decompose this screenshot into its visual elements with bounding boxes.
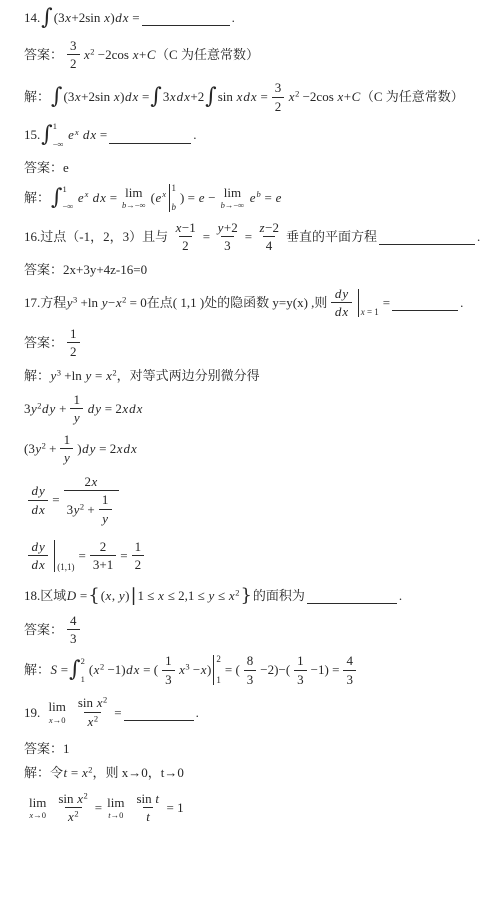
answer-blank [142, 9, 230, 26]
math-variable: C [351, 89, 361, 104]
math-run: 3xdx+2 [163, 89, 204, 105]
evaluation-bar: x = 1 [358, 289, 379, 317]
text-run: 的面积为 [253, 588, 305, 604]
math-run: x2 −2cos x+C [288, 89, 361, 105]
fraction-denominator: 3y2 +1y [64, 490, 119, 526]
fraction-denominator: 2 [67, 342, 80, 360]
fraction: 32 [67, 38, 80, 72]
derivative-at-point: dydx(1,1)=23+1=12 [24, 539, 494, 573]
fraction-denominator: dx [331, 302, 351, 320]
math-run: y+2 [217, 220, 238, 236]
math-run: t [146, 809, 151, 825]
evaluation-bar: (1,1) [54, 540, 74, 572]
fraction-numerator: 1 [99, 492, 112, 509]
math-variable: y [50, 368, 57, 383]
answer-16: 答案：2x+3y+4z-16=0 [24, 262, 494, 278]
math-variable: y [118, 588, 125, 603]
solution-15: 解：∫1−∞ex dx =limb→−∞(ex1b) = e −limb→−∞e… [24, 184, 494, 212]
math-run: 1 ≤ x ≤ 2,1 ≤ y ≤ x2 [138, 588, 240, 604]
math-run: 3y2 + [67, 502, 95, 518]
integral-icon: ∫ [51, 87, 62, 107]
math-run: = [114, 705, 121, 721]
text-run: . [193, 127, 196, 143]
fraction: 13 [162, 653, 175, 687]
math-run: eb = e [249, 190, 282, 206]
math-variable: y [49, 401, 56, 416]
solution-17: 解：y3 +ln y = x2，对等式两边分别微分得 [24, 368, 494, 384]
math-variable: x [93, 662, 100, 677]
fraction-numerator: y+2 [214, 220, 241, 237]
math-run: 1 [70, 326, 77, 342]
fraction-numerator: 2 [97, 539, 110, 556]
text-run: 答案： [24, 335, 63, 351]
fraction-numerator: z−2 [256, 220, 282, 237]
math-variable: d [82, 127, 90, 142]
fraction: y+23 [214, 220, 241, 254]
math-variable: d [31, 502, 39, 517]
math-run: x3 −x) [179, 662, 212, 678]
fraction-denominator: 3 [244, 670, 257, 688]
fraction-denominator: 2 [67, 54, 80, 72]
math-variable: x [184, 89, 191, 104]
text-run: 答案： [24, 622, 63, 638]
superscript: x [74, 127, 79, 137]
math-run: 8 [247, 653, 254, 669]
fraction-numerator: x−1 [172, 220, 199, 237]
math-run: = 1 [167, 800, 184, 816]
math-run: 1 [165, 653, 172, 669]
math-run: x2 −2cos x+C [84, 47, 157, 63]
integral-lower-limit: 1 [81, 675, 85, 684]
fraction-numerator: dy [331, 286, 351, 303]
math-variable: x [131, 441, 138, 456]
fraction: 1y [99, 492, 112, 526]
evaluation-bar-lower: x = 1 [361, 308, 379, 317]
math-run: dy [31, 483, 45, 499]
math-variable: x [77, 791, 84, 806]
fraction: sin x2x2 [55, 791, 90, 825]
differential-step-1: 3y2dy +1ydy = 2xdx [24, 392, 494, 426]
fraction: dydx [331, 286, 351, 320]
fraction: 12 [67, 326, 80, 360]
math-run: 3y2dy + [24, 401, 66, 417]
fraction: z−24 [256, 220, 282, 254]
integral-icon: ∫ [41, 8, 52, 28]
text-run: 解： [24, 190, 50, 206]
math-run: = [203, 229, 210, 245]
superscript: 2 [295, 89, 299, 99]
solution-19-limit: limx→0sin x2x2=limt→0sin tt= 1 [24, 791, 494, 825]
document-page: 14.∫(3x+2sin x)dx =.答案：32x2 −2cos x+C（C … [0, 0, 500, 898]
answer-19: 答案：1 [24, 741, 494, 757]
math-run: x2 [68, 809, 79, 825]
integral-icon: ∫ [51, 188, 62, 208]
evaluation-bar: 21 [213, 655, 221, 685]
math-variable: x [133, 662, 140, 677]
math-variable: d [82, 441, 90, 456]
problem-14: 14.∫(3x+2sin x)dx =. [24, 8, 494, 28]
delimiter: { [88, 587, 99, 605]
math-variable: x [162, 189, 167, 199]
superscript: 2 [74, 809, 78, 819]
math-variable: x [136, 401, 143, 416]
math-run: 3 [297, 672, 304, 688]
math-variable: y [85, 368, 92, 383]
fraction: 1y [70, 392, 83, 426]
math-variable: e [155, 190, 162, 205]
fraction-numerator: 3 [272, 80, 285, 97]
fraction-denominator: 2 [132, 555, 145, 573]
limit-word: lim [107, 796, 124, 809]
math-variable: x [84, 189, 89, 199]
math-variable: d [31, 483, 39, 498]
math-variable: y [73, 410, 80, 425]
math-variable: x [132, 47, 139, 62]
math-run: 2 [100, 539, 107, 555]
superscript: 3 [57, 367, 61, 377]
integral-lower-limit: −∞ [53, 140, 64, 149]
fraction-denominator: 2 [179, 236, 192, 254]
integral-limits: 21 [81, 657, 85, 683]
fraction-denominator: 3 [294, 670, 307, 688]
math-run: 3 [70, 631, 77, 647]
limit-operator: limt→0 [107, 796, 124, 820]
limit-word: lim [29, 796, 46, 809]
fraction-denominator: dx [28, 555, 48, 573]
math-run: 1 [135, 539, 142, 555]
math-run: x−1 [175, 220, 196, 236]
answer-blank [379, 228, 475, 245]
fraction-denominator: y [70, 408, 83, 426]
fraction-numerator: 3 [67, 38, 80, 55]
math-run: y3 +ln y = x2 [50, 368, 117, 384]
math-variable: x [39, 502, 46, 517]
math-variable: y [342, 286, 349, 301]
math-run: D = [66, 588, 87, 604]
math-run: sin t [136, 791, 159, 807]
math-variable: b [172, 202, 177, 212]
answer-18: 答案：43 [24, 613, 494, 647]
math-variable: x [87, 714, 94, 729]
math-run: ex dx = [77, 190, 117, 206]
superscript: 2 [100, 662, 104, 672]
fraction-numerator: 2x [81, 474, 100, 491]
solution-18: 解：S =∫21(x2 −1)dx = (13x3 −x)21= (83−2)−… [24, 653, 494, 687]
fraction-numerator: 1 [61, 432, 74, 449]
math-run: −1) = [311, 662, 340, 678]
math-run: ) = e − [180, 190, 216, 206]
text-run: 垂直的平面方程 [286, 229, 377, 245]
math-run: 2 [135, 557, 142, 573]
fraction: dydx [28, 483, 48, 517]
fraction: sin x2x2 [75, 695, 110, 729]
math-variable: d [334, 304, 342, 319]
problem-18: 18.区域D ={(x, y)|1 ≤ x ≤ 2,1 ≤ y ≤ x2}的面积… [24, 587, 494, 605]
text-run: 19. [24, 705, 44, 721]
text-run: 17.方程 [24, 295, 66, 311]
integral-icon: ∫ [41, 125, 52, 145]
fraction-numerator: sin t [133, 791, 162, 808]
math-variable: S [50, 662, 58, 677]
integral: ∫ [41, 8, 52, 28]
integral-icon: ∫ [205, 87, 216, 107]
limit-subscript: x→0 [49, 716, 66, 725]
math-variable: x [132, 89, 139, 104]
math-variable: x [337, 89, 344, 104]
math-variable: d [123, 441, 131, 456]
math-run: 1 [74, 392, 81, 408]
fraction-denominator: 3+1 [90, 555, 116, 573]
math-variable: x [104, 10, 111, 25]
math-variable: b [221, 200, 225, 210]
math-variable: y [95, 401, 102, 416]
problem-17: 17.方程y3 +ln y−x2 = 0在点( 1,1 )处的隐函数 y=y(x… [24, 286, 494, 320]
math-run: dx [334, 304, 348, 320]
math-run: )dy = 2xdx [77, 441, 137, 457]
fraction-denominator: y [99, 509, 112, 527]
math-variable: x [105, 588, 112, 603]
text-run: 16.过点（-1，2，3）且与 [24, 229, 168, 245]
math-run: sin x2 [78, 695, 107, 711]
fraction-denominator: t [143, 807, 154, 825]
math-run: 2x [84, 474, 97, 490]
fraction-numerator: 1 [67, 326, 80, 343]
fraction-denominator: 3 [67, 629, 80, 647]
math-variable: z [259, 220, 265, 235]
math-variable: D [66, 588, 76, 603]
math-run: dy [334, 286, 348, 302]
math-run: = [120, 548, 127, 564]
math-variable: x [100, 190, 107, 205]
fraction-numerator: 4 [343, 653, 356, 670]
fraction-numerator: dy [28, 539, 48, 556]
math-run: 2 [70, 56, 77, 72]
fraction: dydx [28, 539, 48, 573]
integral: ∫1−∞ [51, 185, 76, 211]
superscript: 2 [122, 294, 126, 304]
math-variable: d [31, 557, 39, 572]
superscript: 2 [84, 790, 88, 800]
fraction-denominator: 3 [221, 236, 234, 254]
math-variable: t [155, 791, 160, 806]
math-run: (x2 −1)dx = ( [89, 662, 158, 678]
math-run: 1 [102, 492, 109, 508]
text-run: 解：令 [24, 765, 63, 781]
math-run: 3 [224, 238, 231, 254]
text-run: 答案：2x+3y+4z-16=0 [24, 262, 147, 278]
text-run: . [232, 10, 235, 26]
math-variable: y [63, 450, 70, 465]
math-variable: d [129, 401, 137, 416]
math-variable: d [87, 401, 95, 416]
expression-row: 3y2 +1y [67, 492, 116, 526]
text-run: 15. [24, 127, 40, 143]
limit-operator: limb→−∞ [122, 186, 146, 210]
solution-19: 解：令t = x2，则 x→0，t→0 [24, 765, 494, 781]
math-run: 3 [247, 672, 254, 688]
math-run: y3 +ln y−x2 = 0 [66, 295, 147, 311]
math-run: (3x+2sin x)dx = [54, 10, 140, 26]
text-run: 解： [24, 662, 50, 678]
limit-operator: limx→0 [29, 796, 46, 820]
math-run: (3y2 + [24, 441, 56, 457]
derivative-expression: dydx=2x3y2 +1y [24, 474, 494, 527]
math-run: 4 [70, 613, 77, 629]
evaluation-bar-upper: 1 [172, 184, 177, 193]
integral: ∫1−∞ [41, 122, 66, 148]
math-run: = [383, 295, 390, 311]
math-variable: x [175, 220, 182, 235]
fraction: sin tt [133, 791, 162, 825]
math-variable: d [125, 89, 133, 104]
math-run: ex dx = [68, 127, 108, 143]
math-run: 2 [275, 99, 282, 115]
math-variable: x [236, 89, 243, 104]
integral-icon: ∫ [150, 87, 161, 107]
text-run: . [460, 295, 463, 311]
text-run: 答案：e [24, 160, 69, 176]
integral: ∫ [150, 87, 161, 107]
math-run: = [79, 548, 86, 564]
math-variable: y [35, 441, 42, 456]
math-run: 3 [165, 672, 172, 688]
math-run: 4 [266, 238, 273, 254]
math-run: y [102, 511, 109, 527]
limit-operator: limb→−∞ [221, 186, 245, 210]
fraction: 43 [67, 613, 80, 647]
math-run: = ( [225, 662, 240, 678]
limit-subscript: b→−∞ [221, 201, 245, 210]
math-variable: b [122, 200, 126, 210]
fraction: 32 [272, 80, 285, 114]
math-variable: x [91, 474, 98, 489]
math-run: 4 [346, 653, 353, 669]
fraction-numerator: 1 [294, 653, 307, 670]
text-run: . [399, 588, 402, 604]
limit-subscript: b→−∞ [122, 201, 146, 210]
math-variable: d [31, 539, 39, 554]
answer-blank [307, 587, 397, 604]
integral: ∫21 [69, 657, 88, 683]
fraction: 43 [343, 653, 356, 687]
math-run: S = [50, 662, 68, 678]
answer-14: 答案：32x2 −2cos x+C（C 为任意常数） [24, 38, 494, 72]
integral-limits: 1−∞ [53, 122, 64, 148]
math-variable: d [176, 89, 184, 104]
limit-operator: limx→0 [49, 700, 66, 724]
fraction-numerator: 1 [162, 653, 175, 670]
limit-word: lim [224, 186, 241, 199]
integral-upper-limit: 1 [62, 185, 66, 194]
problem-15: 15.∫1−∞ex dx =. [24, 122, 494, 148]
limit-subscript: t→0 [108, 811, 123, 820]
math-variable: y [39, 483, 46, 498]
math-run: 1 [64, 432, 71, 448]
superscript: 2 [90, 47, 94, 57]
fraction-denominator: 4 [263, 236, 276, 254]
fraction-numerator: 1 [132, 539, 145, 556]
fraction-numerator: sin x2 [55, 791, 90, 808]
fraction-denominator: x2 [65, 807, 82, 825]
delimiter: } [240, 587, 251, 605]
math-run: sin x2 [58, 791, 87, 807]
fraction-denominator: 2 [272, 97, 285, 115]
limit-word: lim [125, 186, 142, 199]
math-variable: x [200, 662, 207, 677]
superscript: 2 [235, 588, 239, 598]
math-run: dx [31, 502, 45, 518]
math-variable: x [250, 89, 257, 104]
text-run: ，对等式两边分别微分得 [117, 368, 260, 384]
math-variable: y [208, 588, 215, 603]
integral-upper-limit: 1 [53, 122, 57, 131]
math-variable: x [122, 401, 129, 416]
math-run: 1 [297, 653, 304, 669]
math-run: z−2 [259, 220, 279, 236]
math-variable: x [29, 810, 33, 820]
math-variable: y [89, 441, 96, 456]
integral-icon: ∫ [69, 660, 80, 680]
answer-15: 答案：e [24, 160, 494, 176]
fraction: 2x3y2 +1y [64, 474, 119, 527]
math-variable: d [42, 401, 50, 416]
superscript: 2 [94, 713, 98, 723]
limit-subscript: x→0 [29, 811, 46, 820]
math-variable: x [74, 127, 79, 137]
text-run: 答案： [24, 47, 63, 63]
math-variable: y [101, 295, 108, 310]
math-run: y [63, 450, 70, 466]
math-variable: x [113, 89, 120, 104]
math-variable: d [334, 286, 342, 301]
math-variable: d [92, 190, 100, 205]
math-variable: y [73, 502, 80, 517]
superscript: 3 [73, 294, 77, 304]
text-run: 解： [24, 368, 50, 384]
integral-upper-limit: 2 [81, 657, 85, 666]
text-run: （C 为任意常数） [361, 89, 464, 105]
limit-word: lim [49, 700, 66, 713]
evaluation-bar-lower: 1 [216, 676, 221, 685]
math-variable: y [102, 511, 109, 526]
integral: ∫ [51, 87, 62, 107]
delimiter: | [130, 587, 136, 605]
math-run: dy = 2xdx [87, 401, 143, 417]
math-run: dx [31, 557, 45, 573]
math-run: = [95, 800, 102, 816]
fraction: 83 [244, 653, 257, 687]
math-run: 3 [346, 672, 353, 688]
superscript: 2 [80, 501, 84, 511]
evaluation-bar: 1b [169, 184, 177, 212]
math-variable: x [49, 715, 53, 725]
math-variable: y [217, 220, 224, 235]
math-variable: e [275, 190, 282, 205]
text-run: . [477, 229, 480, 245]
math-variable: x [361, 307, 365, 317]
math-variable: x [65, 10, 72, 25]
math-run: = [245, 229, 252, 245]
answer-blank [392, 294, 458, 311]
math-variable: x [90, 127, 97, 142]
math-variable: b [256, 189, 261, 199]
superscript: 2 [42, 441, 46, 451]
superscript: 3 [185, 662, 189, 672]
math-run: 2 [70, 344, 77, 360]
math-variable: x [342, 304, 349, 319]
math-variable: y [39, 539, 46, 554]
answer-blank [124, 704, 194, 721]
